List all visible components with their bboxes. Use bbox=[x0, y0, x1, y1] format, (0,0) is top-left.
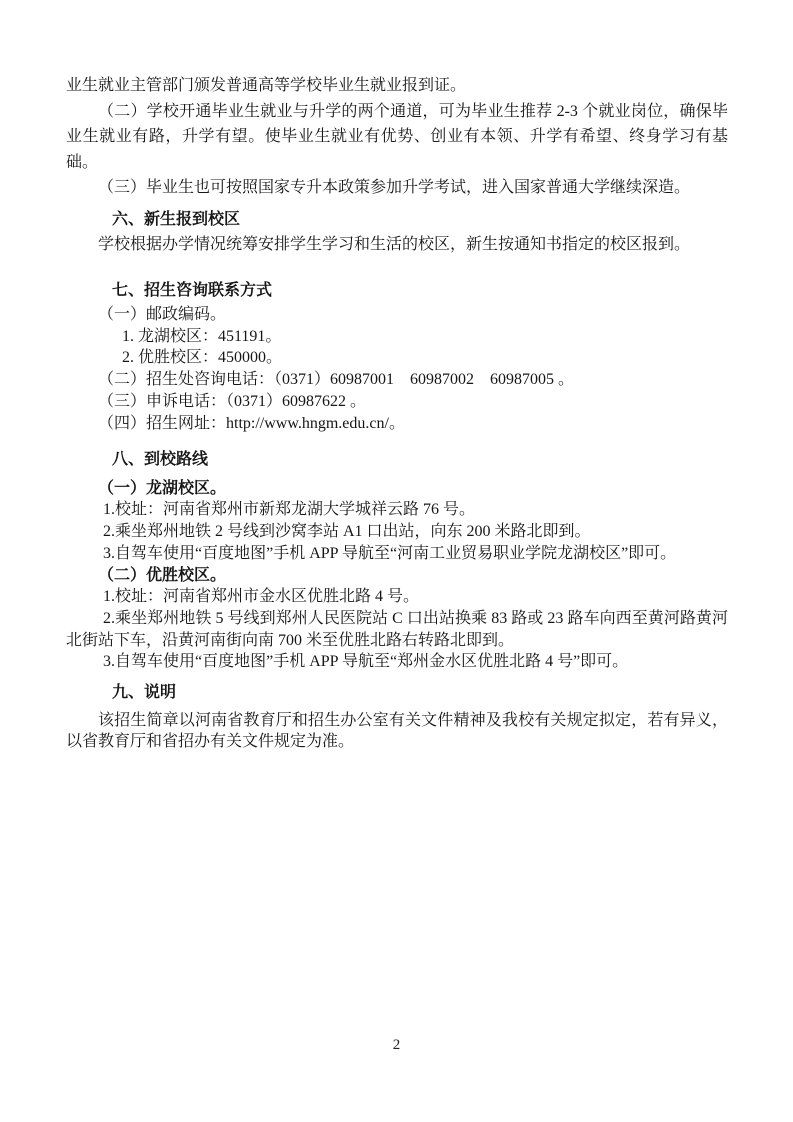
yousheng-address: 1.校址：河南省郑州市金水区优胜北路 4 号。 bbox=[66, 586, 728, 608]
postal-code-longhu: 1. 龙湖校区：451191。 bbox=[66, 326, 728, 348]
postal-code-heading: （一）邮政编码。 bbox=[66, 304, 728, 326]
section-6-body: 学校根据办学情况统筹安排学生学习和生活的校区，新生按通知书指定的校区报到。 bbox=[66, 232, 728, 258]
admissions-website: （四）招生网址：http://www.hngm.edu.cn/。 bbox=[66, 413, 728, 435]
routes-list: （一）龙湖校区。 1.校址：河南省郑州市新郑龙湖大学城祥云路 76 号。 2.乘… bbox=[66, 478, 728, 673]
section-9-title: 九、说明 bbox=[66, 680, 728, 706]
longhu-address: 1.校址：河南省郑州市新郑龙湖大学城祥云路 76 号。 bbox=[66, 499, 728, 521]
longhu-driving-directions: 3.自驾车使用“百度地图”手机 APP 导航至“河南工业贸易职业学院龙湖校区”即… bbox=[66, 543, 728, 565]
document-page: 业生就业主管部门颁发普通高等学校毕业生就业报到证。 （二）学校开通毕业生就业与升… bbox=[0, 0, 793, 1122]
yousheng-driving-directions: 3.自驾车使用“百度地图”手机 APP 导航至“郑州金水区优胜北路 4 号”即可… bbox=[66, 651, 728, 673]
postal-code-yousheng: 2. 优胜校区：450000。 bbox=[66, 347, 728, 369]
section-7-title: 七、招生咨询联系方式 bbox=[66, 278, 728, 304]
longhu-metro-directions: 2.乘坐郑州地铁 2 号线到沙窝李站 A1 口出站，向东 200 米路北即到。 bbox=[66, 521, 728, 543]
yousheng-metro-directions: 2.乘坐郑州地铁 5 号线到郑州人民医院站 C 口出站换乘 83 路或 23 路… bbox=[66, 608, 728, 651]
appeal-phone: （三）申诉电话：（0371）60987622 。 bbox=[66, 391, 728, 413]
paragraph-continuation: 业生就业主管部门颁发普通高等学校毕业生就业报到证。 bbox=[66, 73, 728, 99]
contact-list: （一）邮政编码。 1. 龙湖校区：451191。 2. 优胜校区：450000。… bbox=[66, 304, 728, 434]
section-9-body: 该招生简章以河南省教育厅和招生办公室有关文件精神及我校有关规定拟定，若有异义，以… bbox=[66, 710, 728, 753]
page-content: 业生就业主管部门颁发普通高等学校毕业生就业报到证。 （二）学校开通毕业生就业与升… bbox=[66, 73, 728, 753]
section-8-title: 八、到校路线 bbox=[66, 447, 728, 473]
section-6-title: 六、新生报到校区 bbox=[66, 207, 728, 233]
yousheng-campus-title: （二）优胜校区。 bbox=[66, 565, 728, 587]
admissions-phone: （二）招生处咨询电话：（0371）60987001 60987002 60987… bbox=[66, 369, 728, 391]
paragraph-employment-channels: （二）学校开通毕业生就业与升学的两个通道，可为毕业生推荐 2-3 个就业岗位，确… bbox=[66, 99, 728, 176]
page-number: 2 bbox=[0, 1037, 793, 1054]
longhu-campus-title: （一）龙湖校区。 bbox=[66, 478, 728, 500]
paragraph-further-study: （三）毕业生也可按照国家专升本政策参加升学考试，进入国家普通大学继续深造。 bbox=[66, 175, 728, 201]
